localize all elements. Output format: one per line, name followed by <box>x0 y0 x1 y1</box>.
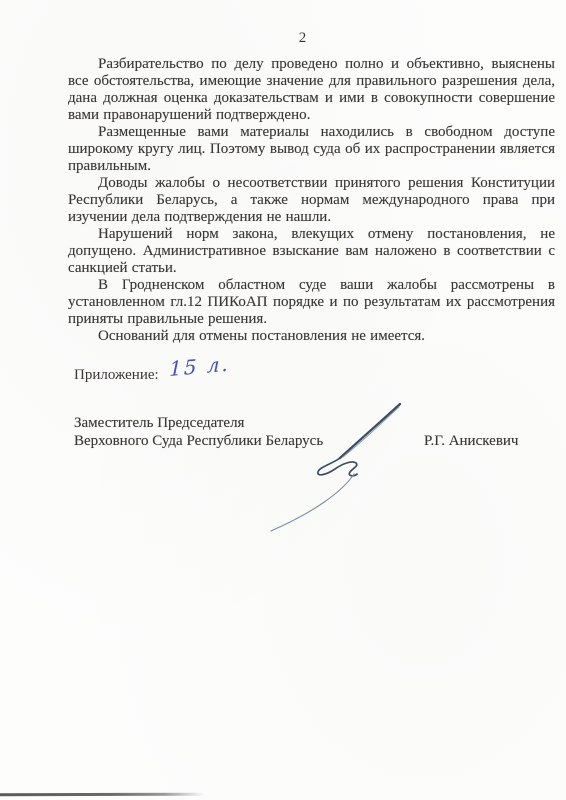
signature-stroke-main <box>340 404 400 458</box>
signature-stroke-tail <box>271 474 354 531</box>
scanned-document-page: 2 Разбирательство по делу проведено полн… <box>0 0 566 800</box>
scan-edge-artifact <box>0 793 205 796</box>
attachment-handwritten-value: 15 л. <box>169 352 230 381</box>
paragraph-constitution-arguments: Доводы жалобы о несоответствии принятого… <box>68 175 555 226</box>
signature-stroke-knot <box>318 458 357 476</box>
document-body: Разбирательство по делу проведено полно … <box>68 56 555 345</box>
signer-name: Р.Г. Анискевич <box>424 432 518 450</box>
paragraph-public-access: Размещенные вами материалы находились в … <box>68 124 555 175</box>
attachment-label: Приложение: <box>74 367 159 383</box>
signature-stroke-main-highlight <box>343 407 399 457</box>
handwritten-signature <box>262 396 407 536</box>
paragraph-case-review: Разбирательство по делу проведено полно … <box>68 56 555 124</box>
paragraph-regional-court: В Гродненском областном суде ваши жалобы… <box>68 277 555 328</box>
page-number: 2 <box>68 30 538 47</box>
attachment-line: Приложение:15 л. <box>74 360 230 384</box>
paragraph-no-violations: Нарушений норм закона, влекущих отмену п… <box>68 226 555 277</box>
paragraph-conclusion: Оснований для отмены постановления не им… <box>68 328 555 345</box>
